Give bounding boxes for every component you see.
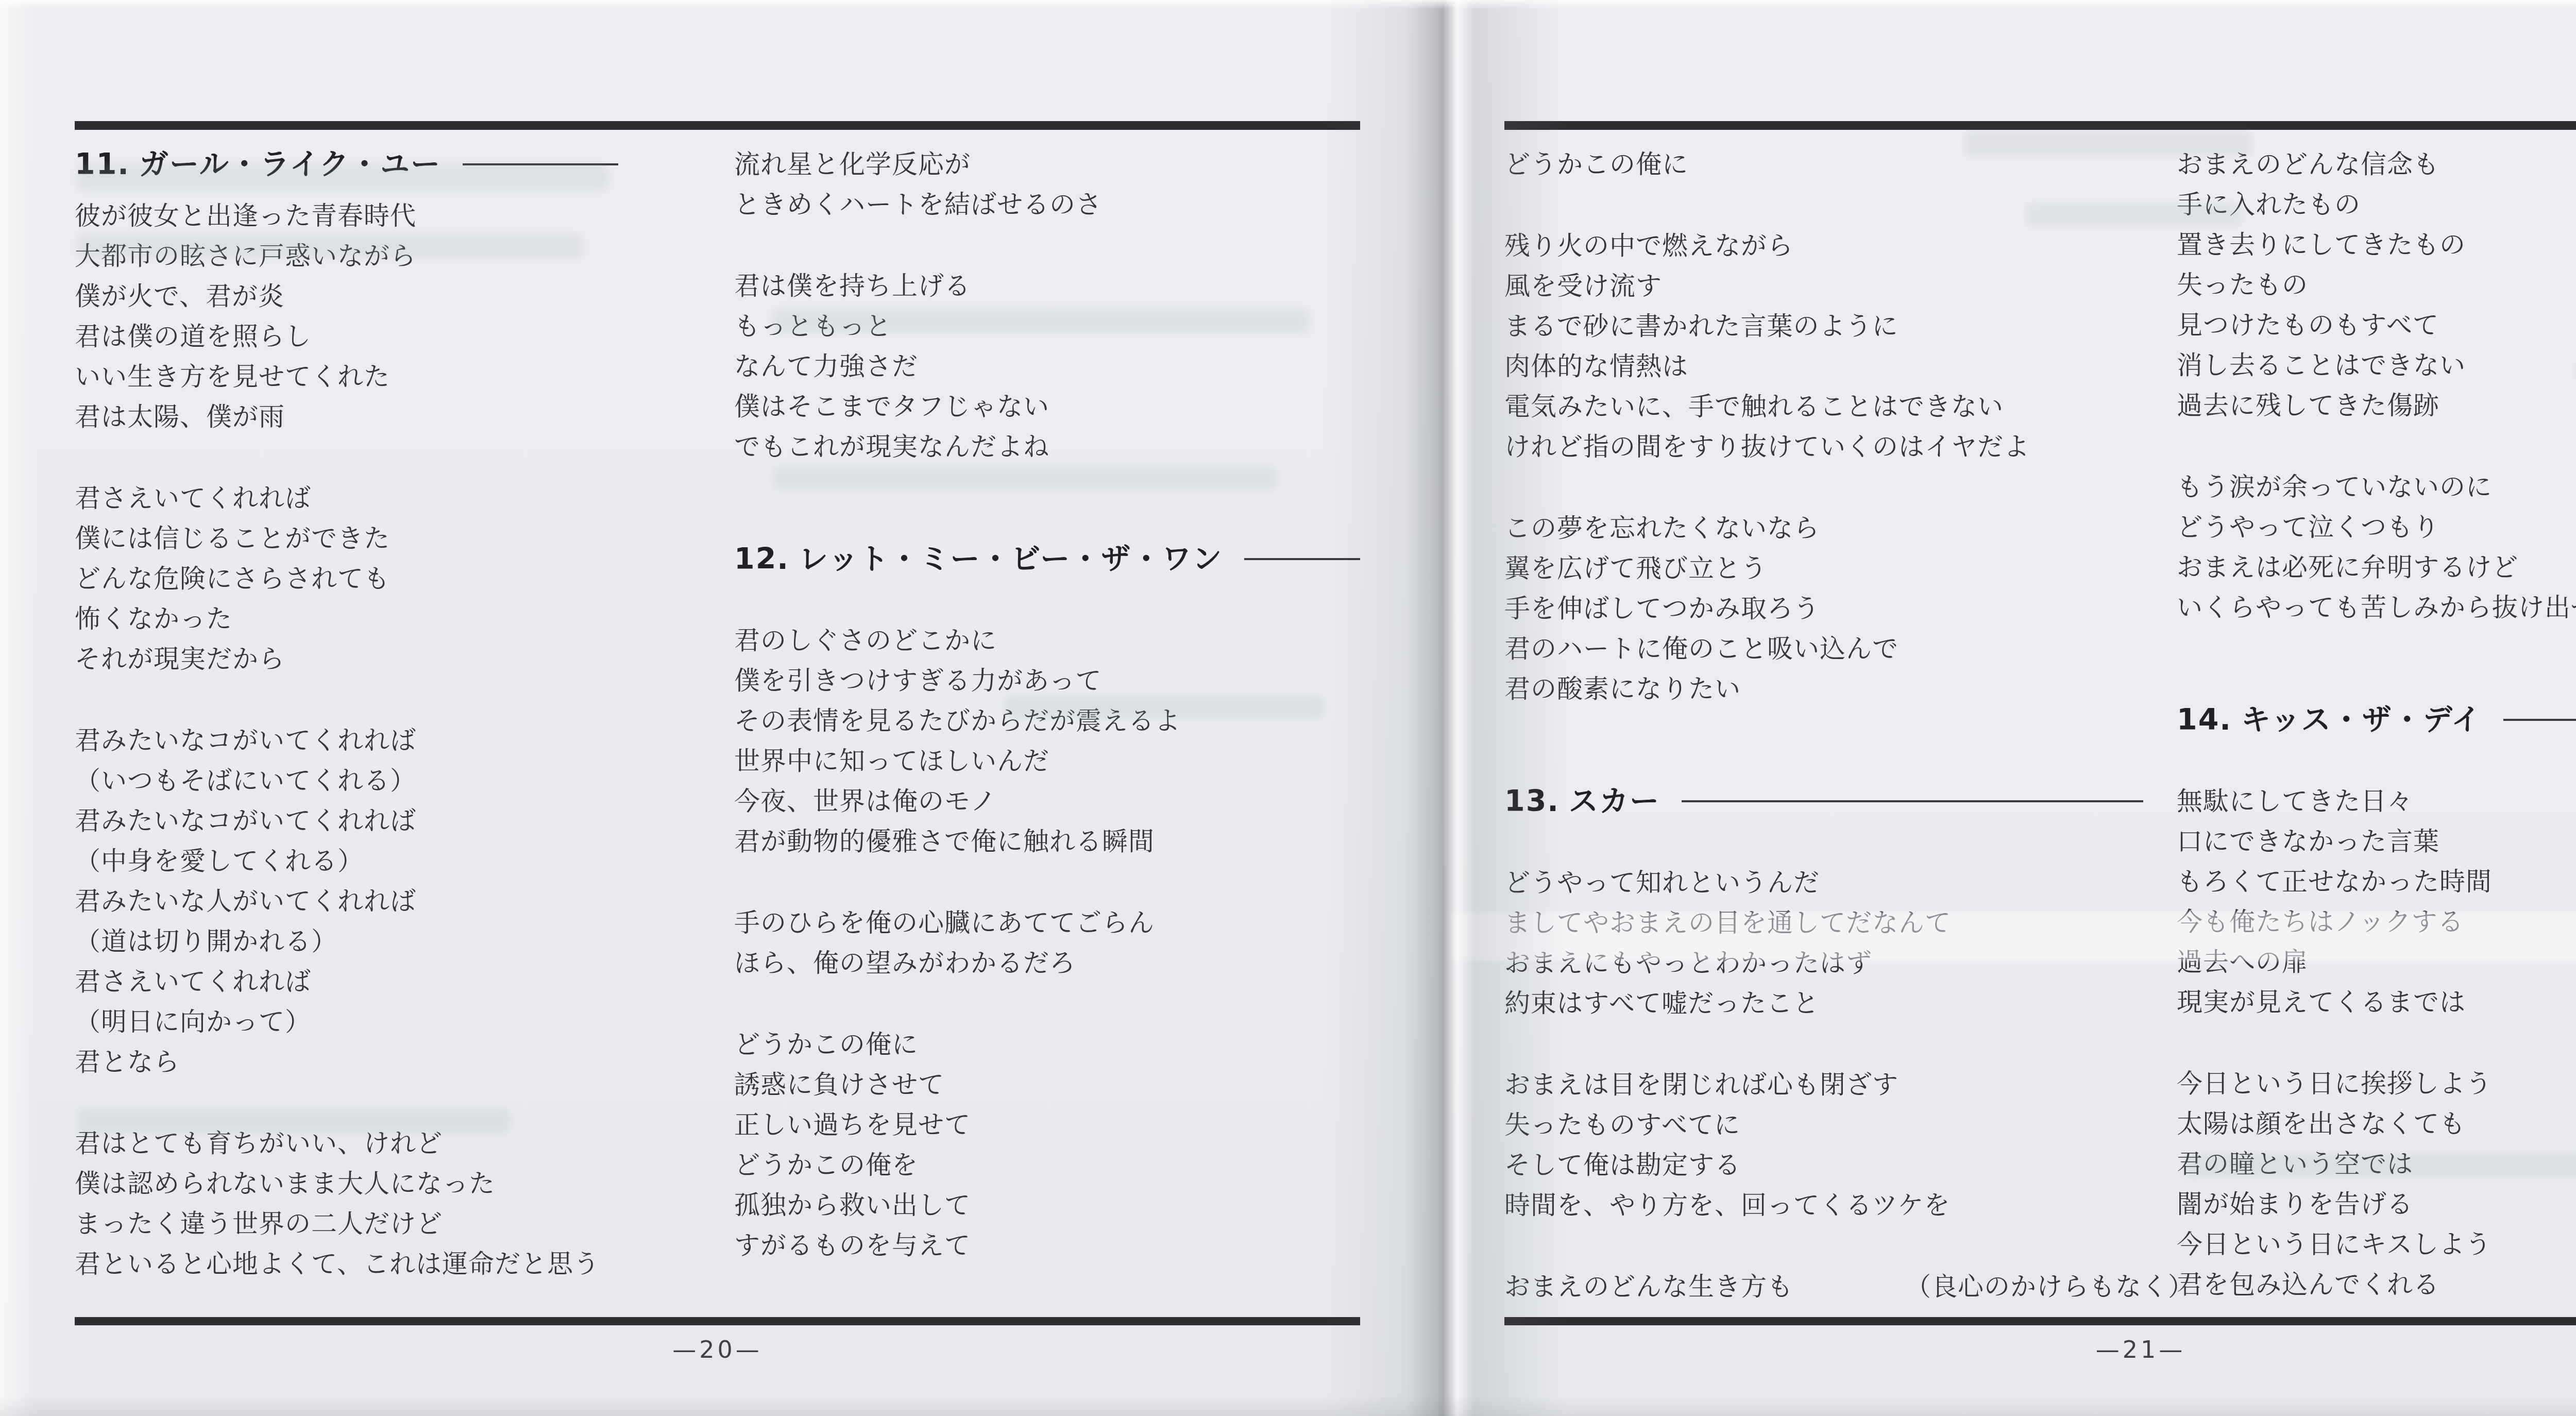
track-title-row: 14.キッス・ザ・デイ — [2177, 700, 2576, 740]
lyric-stanza: 今日という日に挨拶しよう太陽は顔を出さなくても君の瞳という空では闇が始まりを告げ… — [2177, 1064, 2576, 1305]
page-left: 11.ガール・ライク・ユー彼が彼女と出逢った青春時代大都市の眩さに戸惑いながら僕… — [0, 0, 1428, 1416]
track-number: 11. — [75, 144, 130, 184]
lyric-stanza: 無駄にしてきた日々口にできなかった言葉もろくて正せなかった時間今も俺たちはノック… — [2177, 781, 2576, 1022]
page-number-right: —21— — [1504, 1336, 2576, 1363]
lyric-line: 太陽は顔を出さなくても — [2177, 1104, 2576, 1144]
lyric-line: 消し去ることはできない — [2177, 345, 2576, 385]
lyric-line: 残り火の中で燃えながら — [1504, 226, 2143, 266]
lyric-line: 現実が見えてくるまでは — [2177, 982, 2576, 1022]
lyric-stanza: 君さえいてくれれば僕には信じることができたどんな危険にさらされても怖くなかったそ… — [75, 478, 618, 679]
lyric-stanza: 君のしぐさのどこかに僕を引きつけすぎる力があってその表情を見るたびからだが震える… — [734, 620, 1360, 862]
lyric-line: 僕はそこまでタフじゃない — [734, 386, 1360, 427]
lyric-line: 今夜、世界は俺のモノ — [734, 781, 1360, 821]
track-title: ガール・ライク・ユー — [139, 144, 441, 184]
lyric-line: （明日に向かって） — [75, 1002, 618, 1042]
lyric-line: もっともっと — [734, 306, 1360, 346]
lyric-line-with-response: 見つけたものもすべて（恥ずかしげもなく） — [2177, 305, 2576, 345]
lyric-line: 流れ星と化学反応が — [734, 144, 1360, 184]
lyric-line: 孤独から救い出して — [734, 1185, 1360, 1225]
left-page-columns: 11.ガール・ライク・ユー彼が彼女と出逢った青春時代大都市の眩さに戸惑いながら僕… — [75, 144, 1428, 1284]
lyric-line-with-response: 失ったもの（悲しくもなく） — [2177, 265, 2576, 305]
lyric-stanza: この夢を忘れたくないなら翼を広げて飛び立とう手を伸ばしてつかみ取ろう君のハートに… — [1504, 508, 2143, 709]
lyric-line-with-response: おまえのどんな信念も（罪の意識もなく） — [2177, 144, 2576, 184]
lyric-line: もろくて正せなかった時間 — [2177, 862, 2576, 902]
lyric-line: 君は僕の道を照らし — [75, 316, 618, 357]
lyric-line: 翼を広げて飛び立とう — [1504, 548, 2143, 588]
lyric-line: その表情を見るたびからだが震えるよ — [734, 701, 1360, 741]
lyric-line: 時間を、やり方を、回ってくるツケを — [1504, 1185, 2143, 1225]
lyric-line: どんな危険にさらされても — [75, 559, 618, 599]
lyric-line: なんて力強さだ — [734, 346, 1360, 386]
page-top-rule — [1504, 121, 2576, 130]
title-rule — [2503, 719, 2576, 721]
title-rule — [1244, 558, 1360, 560]
lyric-stanza: おまえのどんな生き方も（良心のかけらもなく） — [1504, 1267, 2143, 1307]
lyric-line: 電気みたいに、手で触れることはできない — [1504, 386, 2143, 427]
lyric-line: 君みたいなコがいてくれれば — [75, 720, 618, 761]
lyric-line: 過去への扉 — [2177, 942, 2576, 982]
lyric-stanza: 彼が彼女と出逢った青春時代大都市の眩さに戸惑いながら僕が火で、君が炎君は僕の道を… — [75, 196, 618, 437]
lyric-line: それが現実だから — [75, 639, 618, 679]
lyric-line: ほら、俺の望みがわかるだろ — [734, 943, 1360, 983]
lyric-line: 正しい過ちを見せて — [734, 1105, 1360, 1145]
lyric-line: 無駄にしてきた日々 — [2177, 781, 2576, 821]
lyric-line: 失ったもの — [2177, 265, 2576, 305]
lyrics-column-1: 11.ガール・ライク・ユー彼が彼女と出逢った青春時代大都市の眩さに戸惑いながら僕… — [75, 144, 618, 1284]
lyric-line: いい生き方を見せてくれた — [75, 357, 618, 397]
track-title: キッス・ザ・デイ — [2241, 700, 2482, 740]
lyric-line: 風を受け流す — [1504, 266, 2143, 306]
lyrics-column-3: どうかこの俺に残り火の中で燃えながら風を受け流すまるで砂に書かれた言葉のように肉… — [1504, 144, 2143, 1307]
lyric-line: もう涙が余っていないのに — [2177, 467, 2576, 507]
lyric-line: 君のハートに俺のこと吸い込んで — [1504, 629, 2143, 669]
lyrics-column-2: 流れ星と化学反応がときめくハートを結ばせるのさ君は僕を持ち上げるもっともっとなん… — [734, 144, 1360, 1284]
lyric-line-paren: （良心のかけらもなく） — [1905, 1267, 2194, 1307]
booklet-scan: 11.ガール・ライク・ユー彼が彼女と出逢った青春時代大都市の眩さに戸惑いながら僕… — [0, 0, 2576, 1416]
lyric-line: 今も俺たちはノックする — [2177, 902, 2576, 942]
lyric-line: 置き去りにしてきたもの — [2177, 225, 2576, 265]
lyric-line: 誘惑に負けさせて — [734, 1065, 1360, 1105]
track-number: 14. — [2177, 700, 2232, 740]
lyric-line: 君さえいてくれれば — [75, 962, 618, 1002]
lyric-line: 過去に残してきた傷跡 — [2177, 385, 2576, 426]
lyric-line: 君が動物的優雅さで俺に触れる瞬間 — [734, 821, 1360, 862]
lyric-line: どうかこの俺を — [734, 1145, 1360, 1185]
lyric-line: 手を伸ばしてつかみ取ろう — [1504, 588, 2143, 629]
lyric-line: ましてやおまえの目を通してだなんて — [1504, 903, 2143, 943]
lyric-line: 僕は認められないまま大人になった — [75, 1164, 618, 1204]
lyric-line: おまえのどんな信念も — [2177, 144, 2576, 184]
lyric-line: 君は太陽、僕が雨 — [75, 397, 618, 437]
track-title-row: 11.ガール・ライク・ユー — [75, 144, 618, 184]
lyric-line: どうかこの俺に — [1504, 144, 2143, 184]
lyric-stanza: 君みたいなコがいてくれれば（いつもそばにいてくれる）君みたいなコがいてくれれば（… — [75, 720, 618, 1082]
booklet-spread: 11.ガール・ライク・ユー彼が彼女と出逢った青春時代大都市の眩さに戸惑いながら僕… — [0, 0, 2576, 1416]
track-title-row: 12.レット・ミー・ビー・ザ・ワン — [734, 539, 1360, 579]
lyric-line: 怖くなかった — [75, 599, 618, 639]
lyric-line: 手に入れたもの — [2177, 184, 2576, 225]
lyric-line-with-response: 手に入れたもの（ワケもなく） — [2177, 184, 2576, 225]
lyric-line: 大都市の眩さに戸惑いながら — [75, 236, 618, 276]
title-rule — [463, 163, 618, 165]
lyric-line: けれど指の間をすり抜けていくのはイヤだよ — [1504, 427, 2143, 467]
right-page-columns: どうかこの俺に残り火の中で燃えながら風を受け流すまるで砂に書かれた言葉のように肉… — [1504, 144, 2576, 1307]
lyric-line: 闇が始まりを告げる — [2177, 1184, 2576, 1224]
track-number: 13. — [1504, 781, 1560, 821]
track-title-row: 13.スカー — [1504, 781, 2143, 821]
lyric-line: （道は切り開かれる） — [75, 921, 618, 962]
lyric-line: おまえのどんな生き方も — [1504, 1267, 1905, 1307]
lyric-line: まるで砂に書かれた言葉のように — [1504, 306, 2143, 346]
lyric-stanza: 残り火の中で燃えながら風を受け流すまるで砂に書かれた言葉のように肉体的な情熱は電… — [1504, 226, 2143, 467]
lyric-line: 君みたいな人がいてくれれば — [75, 881, 618, 921]
lyric-line: 今日という日にキスしよう — [2177, 1224, 2576, 1265]
lyric-line: （いつもそばにいてくれる） — [75, 761, 618, 801]
lyric-line-with-response: おまえのどんな生き方も（良心のかけらもなく） — [1504, 1267, 2143, 1307]
page-right: どうかこの俺に残り火の中で燃えながら風を受け流すまるで砂に書かれた言葉のように肉… — [1428, 0, 2576, 1416]
lyric-line: 彼が彼女と出逢った青春時代 — [75, 196, 618, 236]
lyric-line: 約束はすべて嘘だったこと — [1504, 983, 2143, 1023]
lyric-line: おまえは必死に弁明するけど — [2177, 547, 2576, 587]
lyric-line: この夢を忘れたくないなら — [1504, 508, 2143, 548]
lyric-line: すがるものを与えて — [734, 1225, 1360, 1266]
lyric-line: 今日という日に挨拶しよう — [2177, 1064, 2576, 1104]
lyric-line: 君さえいてくれれば — [75, 478, 618, 518]
lyric-line: （中身を愛してくれる） — [75, 841, 618, 881]
track-number: 12. — [734, 539, 789, 579]
lyric-line: 世界中に知ってほしいんだ — [734, 741, 1360, 781]
lyric-stanza: 君はとても育ちがいい、けれど僕は認められないまま大人になったまったく違う世界の二… — [75, 1123, 618, 1284]
lyric-line: まったく違う世界の二人だけど — [75, 1204, 618, 1244]
lyric-line: 君を包み込んでくれる — [2177, 1265, 2576, 1305]
page-number-left: —20— — [75, 1336, 1360, 1363]
lyric-line: 君のしぐさのどこかに — [734, 620, 1360, 661]
lyric-line: 君となら — [75, 1042, 618, 1082]
lyric-line: 失ったものすべてに — [1504, 1105, 2143, 1145]
lyric-line-with-response: 置き去りにしてきたもの（道理もなく） — [2177, 225, 2576, 265]
lyric-line: 君みたいなコがいてくれれば — [75, 801, 618, 841]
lyric-line: どうかこの俺に — [734, 1024, 1360, 1065]
page-bottom-rule — [1504, 1317, 2576, 1325]
lyric-line: 肉体的な情熱は — [1504, 346, 2143, 386]
lyric-line: 僕には信じることができた — [75, 518, 618, 559]
lyric-stanza: おまえは目を閉じれば心も閉ざす失ったものすべてにそして俺は勘定する時間を、やり方… — [1504, 1065, 2143, 1225]
lyric-line: 僕を引きつけすぎる力があって — [734, 661, 1360, 701]
track-title: レット・ミー・ビー・ザ・ワン — [799, 539, 1223, 579]
lyric-line: おまえは目を閉じれば心も閉ざす — [1504, 1065, 2143, 1105]
lyric-stanza: 君は僕を持ち上げるもっともっとなんて力強さだ僕はそこまでタフじゃないでもこれが現… — [734, 266, 1360, 467]
lyric-line: どうやって泣くつもり — [2177, 507, 2576, 547]
lyric-line: 口にできなかった言葉 — [2177, 821, 2576, 862]
lyric-line: ときめくハートを結ばせるのさ — [734, 184, 1360, 225]
lyric-line: おまえにもやっとわかったはず — [1504, 943, 2143, 983]
lyric-stanza: どうかこの俺に誘惑に負けさせて正しい過ちを見せてどうかこの俺を孤独から救い出して… — [734, 1024, 1360, 1266]
lyric-stanza: どうかこの俺に — [1504, 144, 2143, 184]
lyric-line: いくらやっても苦しみから抜け出せない — [2177, 587, 2576, 628]
lyric-stanza: 流れ星と化学反応がときめくハートを結ばせるのさ — [734, 144, 1360, 225]
lyric-line: でもこれが現実なんだよね — [734, 427, 1360, 467]
lyric-stanza: おまえのどんな信念も（罪の意識もなく）手に入れたもの（ワケもなく）置き去りにして… — [2177, 144, 2576, 426]
lyric-line: 君は僕を持ち上げる — [734, 266, 1360, 306]
lyrics-column-4: おまえのどんな信念も（罪の意識もなく）手に入れたもの（ワケもなく）置き去りにして… — [2177, 144, 2576, 1307]
track-title: スカー — [1569, 781, 1660, 821]
lyric-stanza: もう涙が余っていないのにどうやって泣くつもりおまえは必死に弁明するけどいくらやっ… — [2177, 467, 2576, 628]
lyric-line: 僕が火で、君が炎 — [75, 276, 618, 316]
lyric-line: 君の酸素になりたい — [1504, 669, 2143, 709]
lyric-line: そして俺は勘定する — [1504, 1145, 2143, 1185]
lyric-line: 見つけたものもすべて — [2177, 305, 2576, 345]
lyric-stanza: 手のひらを俺の心臓にあててごらんほら、俺の望みがわかるだろ — [734, 903, 1360, 983]
lyric-line: どうやって知れというんだ — [1504, 863, 2143, 903]
lyric-line: 君はとても育ちがいい、けれど — [75, 1123, 618, 1164]
lyric-line: 君の瞳という空では — [2177, 1144, 2576, 1184]
lyric-line: 手のひらを俺の心臓にあててごらん — [734, 903, 1360, 943]
lyric-stanza: どうやって知れというんだましてやおまえの目を通してだなんておまえにもやっとわかっ… — [1504, 863, 2143, 1023]
lyric-line: 君といると心地よくて、これは運命だと思う — [75, 1244, 618, 1284]
page-bottom-rule — [75, 1317, 1360, 1325]
title-rule — [1682, 800, 2143, 802]
page-top-rule — [75, 121, 1360, 130]
